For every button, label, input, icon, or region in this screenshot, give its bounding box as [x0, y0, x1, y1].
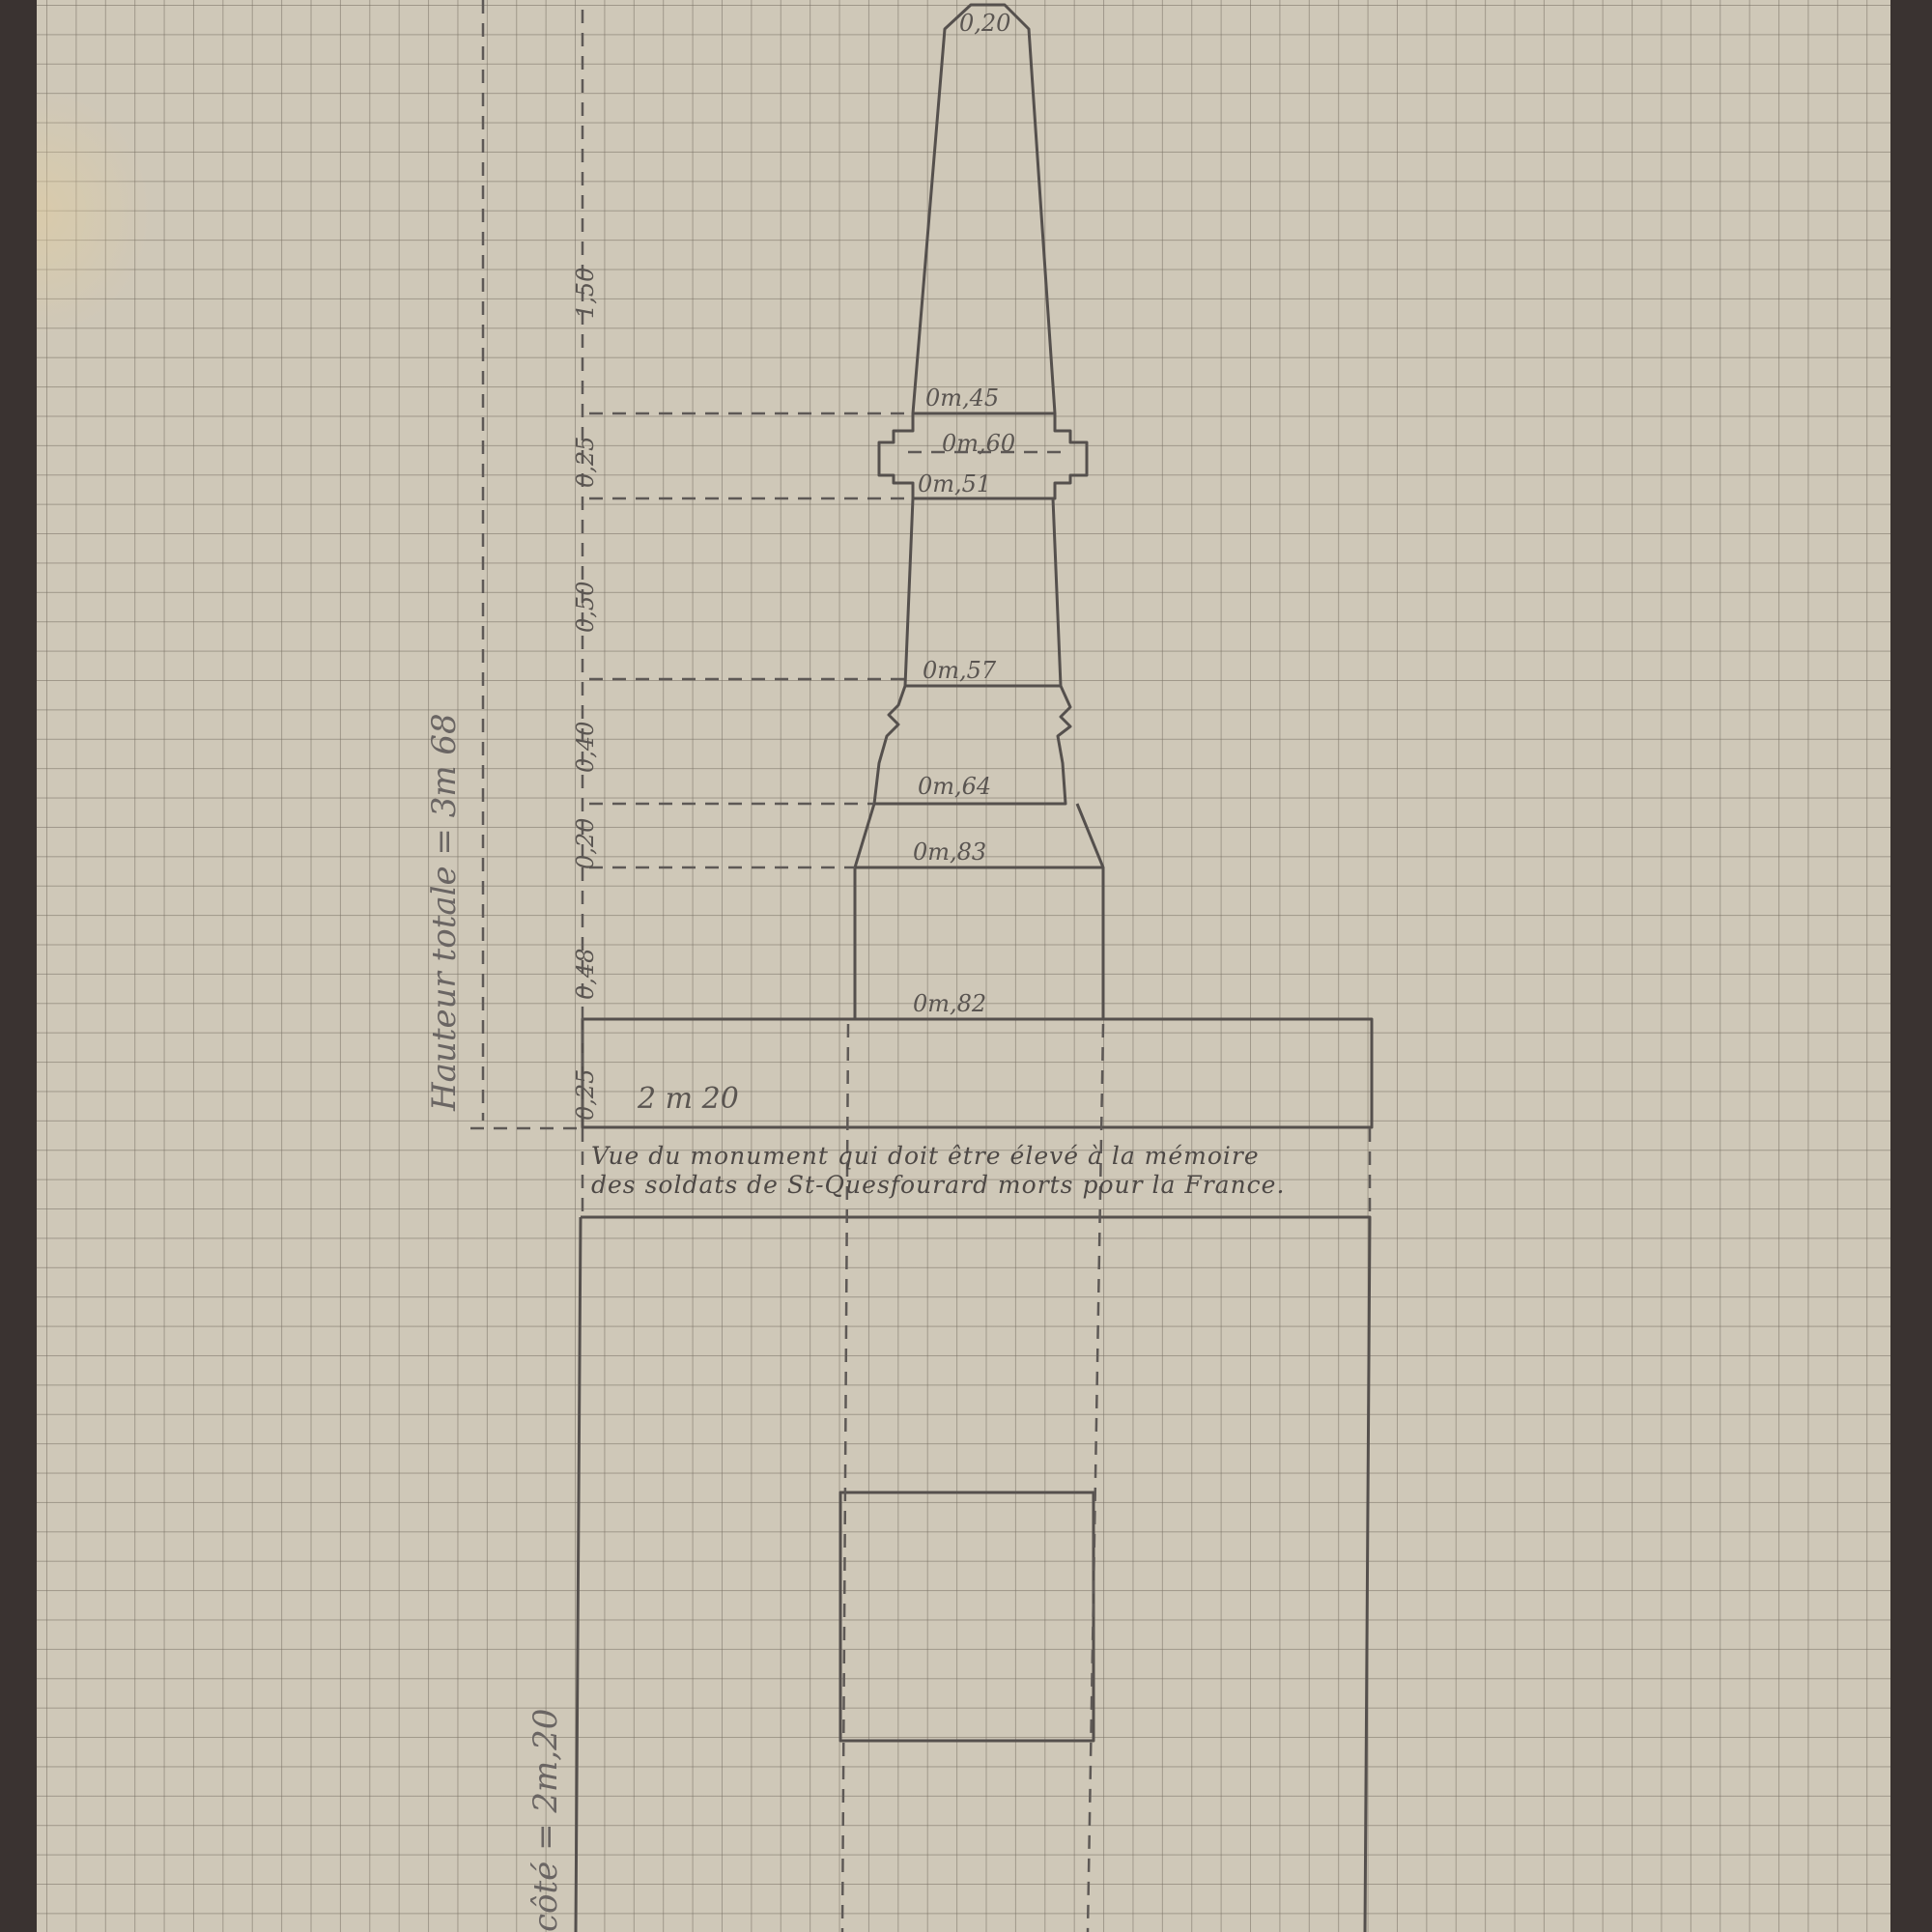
label-shaft-top: 0m,57 — [923, 657, 996, 684]
height-label-shaft: 0,50 — [572, 582, 599, 633]
label-obelisk-base: 0m,45 — [925, 384, 999, 412]
label-plinth-base: 0m,82 — [913, 990, 986, 1017]
caption-line-1: Vue du monument qui doit être élevé à la… — [591, 1142, 1260, 1170]
label-plinth-top: 0m,83 — [913, 838, 986, 866]
label-below-cornice: 0m,51 — [918, 470, 991, 497]
height-label-transition: 0,20 — [572, 818, 599, 869]
height-label-obelisk: 1,50 — [572, 268, 599, 319]
total-height-label: Hauteur totale = 3m 68 — [425, 713, 464, 1111]
height-label-molding: 0,40 — [572, 722, 599, 773]
caption-line-2: des soldats de St-Quesfourard morts pour… — [591, 1171, 1285, 1199]
plan-inner-square — [840, 1492, 1094, 1741]
obelisk-spire — [913, 5, 1055, 413]
monument-drawing — [0, 0, 1932, 1932]
label-base-width: 2 m 20 — [638, 1082, 739, 1116]
side-length-label: côté = 2m,20 — [526, 1709, 565, 1932]
height-label-cornice: 0,25 — [572, 437, 599, 488]
height-label-plinth: 0,48 — [572, 949, 599, 1000]
plan-outline — [576, 1217, 1370, 1932]
label-top-width: 0,20 — [959, 10, 1010, 37]
label-shaft-base: 0m,64 — [918, 773, 991, 800]
height-label-base: 0,25 — [572, 1069, 599, 1121]
label-cornice: 0m,60 — [942, 430, 1015, 457]
